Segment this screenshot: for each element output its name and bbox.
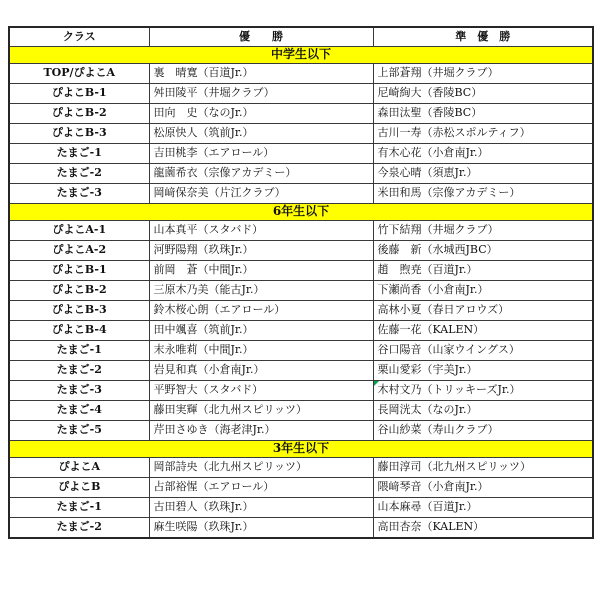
section-row: 6年生以下 xyxy=(9,204,593,221)
runner-up-cell: 米田和馬（宗像アカデミー） xyxy=(373,184,593,204)
winner-cell: 古田碧人（玖珠Jr.） xyxy=(149,498,373,518)
section-title: 中学生以下 xyxy=(9,47,593,64)
class-cell: ぴよこB-2 xyxy=(9,281,149,301)
class-cell: ぴよこB-2 xyxy=(9,104,149,124)
runner-up-cell: 上部蒼翔（井堀クラブ） xyxy=(373,64,593,84)
class-cell: たまご-4 xyxy=(9,401,149,421)
table-row: たまご-5芹田さゆき（海老津Jr.）谷山紗菜（寿山クラブ） xyxy=(9,421,593,441)
table-row: ぴよこB-2三原木乃美（能古Jr.）下瀬尚香（小倉南Jr.） xyxy=(9,281,593,301)
class-cell: ぴよこB-3 xyxy=(9,124,149,144)
winner-cell: 芹田さゆき（海老津Jr.） xyxy=(149,421,373,441)
winner-cell: 前岡 蒼（中間Jr.） xyxy=(149,261,373,281)
runner-up-cell: 木村文乃（トリッキーズJr.） xyxy=(373,381,593,401)
winner-cell: 龍薗希衣（宗像アカデミー） xyxy=(149,164,373,184)
runner-up-cell: 今泉心晴（須恵Jr.） xyxy=(373,164,593,184)
runner-up-cell: 尼崎絢大（香陵BC） xyxy=(373,84,593,104)
runner-up-cell: 谷口陽音（山家ウイングス） xyxy=(373,341,593,361)
table-row: ぴよこB-4田中颯喜（筑前Jr.）佐藤一花（KALEN） xyxy=(9,321,593,341)
class-cell: ぴよこB-1 xyxy=(9,84,149,104)
header-class: クラス xyxy=(9,27,149,47)
runner-up-cell: 趙 煦尭（百道Jr.） xyxy=(373,261,593,281)
winner-cell: 麻生咲陽（玖珠Jr.） xyxy=(149,518,373,539)
class-cell: TOP/ぴよこA xyxy=(9,64,149,84)
winner-cell: 平野智大（スタバド） xyxy=(149,381,373,401)
winner-cell: 占部裕惺（エアロール） xyxy=(149,478,373,498)
winner-cell: 吉田桃李（エアロール） xyxy=(149,144,373,164)
runner-up-cell: 長岡洸太（なのJr.） xyxy=(373,401,593,421)
section-title: 3年生以下 xyxy=(9,441,593,458)
winner-cell: 裏 晴寛（百道Jr.） xyxy=(149,64,373,84)
runner-up-cell: 竹下結翔（井堀クラブ） xyxy=(373,221,593,241)
results-page: クラス 優 勝 準 優 勝 中学生以下TOP/ぴよこA裏 晴寛（百道Jr.）上部… xyxy=(0,0,600,600)
runner-up-cell: 佐藤一花（KALEN） xyxy=(373,321,593,341)
table-row: ぴよこA岡部詩央（北九州スピリッツ）藤田淳司（北九州スピリッツ） xyxy=(9,458,593,478)
runner-up-cell: 高田杏奈（KALEN） xyxy=(373,518,593,539)
winner-cell: 田向 史（なのJr.） xyxy=(149,104,373,124)
table-row: ぴよこA-2河野陽翔（玖珠Jr.）後藤 新（水城西JBC） xyxy=(9,241,593,261)
table-row: ぴよこB占部裕惺（エアロール）隈﨑琴音（小倉南Jr.） xyxy=(9,478,593,498)
runner-up-cell: 有木心花（小倉南Jr.） xyxy=(373,144,593,164)
runner-up-cell: 古川一寿（赤松スポルティフ） xyxy=(373,124,593,144)
winner-cell: 末永唯莉（中間Jr.） xyxy=(149,341,373,361)
class-cell: たまご-1 xyxy=(9,498,149,518)
class-cell: ぴよこA-2 xyxy=(9,241,149,261)
runner-up-cell: 藤田淳司（北九州スピリッツ） xyxy=(373,458,593,478)
class-cell: たまご-3 xyxy=(9,184,149,204)
results-table-body: 中学生以下TOP/ぴよこA裏 晴寛（百道Jr.）上部蒼翔（井堀クラブ）ぴよこB-… xyxy=(9,47,593,539)
runner-up-cell: 山本麻尋（百道Jr.） xyxy=(373,498,593,518)
winner-cell: 岩見和真（小倉南Jr.） xyxy=(149,361,373,381)
winner-cell: 藤田実輝（北九州スピリッツ） xyxy=(149,401,373,421)
class-cell: たまご-2 xyxy=(9,164,149,184)
header-winner: 優 勝 xyxy=(149,27,373,47)
winner-cell: 松原快人（筑前Jr.） xyxy=(149,124,373,144)
runner-up-cell: 森田汰聖（香陵BC） xyxy=(373,104,593,124)
table-row: ぴよこB-3松原快人（筑前Jr.）古川一寿（赤松スポルティフ） xyxy=(9,124,593,144)
table-row: ぴよこB-1舛田陵平（井堀クラブ）尼崎絢大（香陵BC） xyxy=(9,84,593,104)
section-row: 3年生以下 xyxy=(9,441,593,458)
winner-cell: 岡部詩央（北九州スピリッツ） xyxy=(149,458,373,478)
header-row: クラス 優 勝 準 優 勝 xyxy=(9,27,593,47)
class-cell: ぴよこB-3 xyxy=(9,301,149,321)
table-row: ぴよこB-1前岡 蒼（中間Jr.）趙 煦尭（百道Jr.） xyxy=(9,261,593,281)
table-row: ぴよこB-2田向 史（なのJr.）森田汰聖（香陵BC） xyxy=(9,104,593,124)
table-row: たまご-3岡﨑保奈美（片江クラブ）米田和馬（宗像アカデミー） xyxy=(9,184,593,204)
winner-cell: 鈴木桜心朗（エアロール） xyxy=(149,301,373,321)
winner-cell: 山本真平（スタバド） xyxy=(149,221,373,241)
class-cell: ぴよこB xyxy=(9,478,149,498)
class-cell: ぴよこB-1 xyxy=(9,261,149,281)
class-cell: たまご-2 xyxy=(9,361,149,381)
class-cell: たまご-5 xyxy=(9,421,149,441)
table-row: たまご-1古田碧人（玖珠Jr.）山本麻尋（百道Jr.） xyxy=(9,498,593,518)
table-row: たまご-4藤田実輝（北九州スピリッツ）長岡洸太（なのJr.） xyxy=(9,401,593,421)
runner-up-cell: 隈﨑琴音（小倉南Jr.） xyxy=(373,478,593,498)
table-row: ぴよこA-1山本真平（スタバド）竹下結翔（井堀クラブ） xyxy=(9,221,593,241)
table-row: TOP/ぴよこA裏 晴寛（百道Jr.）上部蒼翔（井堀クラブ） xyxy=(9,64,593,84)
class-cell: たまご-2 xyxy=(9,518,149,539)
winner-cell: 三原木乃美（能古Jr.） xyxy=(149,281,373,301)
class-cell: たまご-1 xyxy=(9,144,149,164)
class-cell: たまご-3 xyxy=(9,381,149,401)
results-table: クラス 優 勝 準 優 勝 中学生以下TOP/ぴよこA裏 晴寛（百道Jr.）上部… xyxy=(8,26,594,539)
runner-up-cell: 高林小夏（春日アロウズ） xyxy=(373,301,593,321)
table-row: たまご-3平野智大（スタバド）木村文乃（トリッキーズJr.） xyxy=(9,381,593,401)
table-row: たまご-2龍薗希衣（宗像アカデミー）今泉心晴（須恵Jr.） xyxy=(9,164,593,184)
table-row: たまご-2麻生咲陽（玖珠Jr.）高田杏奈（KALEN） xyxy=(9,518,593,539)
table-row: たまご-1吉田桃李（エアロール）有木心花（小倉南Jr.） xyxy=(9,144,593,164)
section-title: 6年生以下 xyxy=(9,204,593,221)
winner-cell: 岡﨑保奈美（片江クラブ） xyxy=(149,184,373,204)
runner-up-cell: 下瀬尚香（小倉南Jr.） xyxy=(373,281,593,301)
winner-cell: 舛田陵平（井堀クラブ） xyxy=(149,84,373,104)
runner-up-cell: 後藤 新（水城西JBC） xyxy=(373,241,593,261)
winner-cell: 田中颯喜（筑前Jr.） xyxy=(149,321,373,341)
class-cell: ぴよこA-1 xyxy=(9,221,149,241)
class-cell: ぴよこB-4 xyxy=(9,321,149,341)
table-row: たまご-1末永唯莉（中間Jr.）谷口陽音（山家ウイングス） xyxy=(9,341,593,361)
header-runner-up: 準 優 勝 xyxy=(373,27,593,47)
class-cell: ぴよこA xyxy=(9,458,149,478)
runner-up-cell: 谷山紗菜（寿山クラブ） xyxy=(373,421,593,441)
runner-up-cell: 栗山愛彩（宇美Jr.） xyxy=(373,361,593,381)
table-row: ぴよこB-3鈴木桜心朗（エアロール）高林小夏（春日アロウズ） xyxy=(9,301,593,321)
table-row: たまご-2岩見和真（小倉南Jr.）栗山愛彩（宇美Jr.） xyxy=(9,361,593,381)
class-cell: たまご-1 xyxy=(9,341,149,361)
section-row: 中学生以下 xyxy=(9,47,593,64)
winner-cell: 河野陽翔（玖珠Jr.） xyxy=(149,241,373,261)
